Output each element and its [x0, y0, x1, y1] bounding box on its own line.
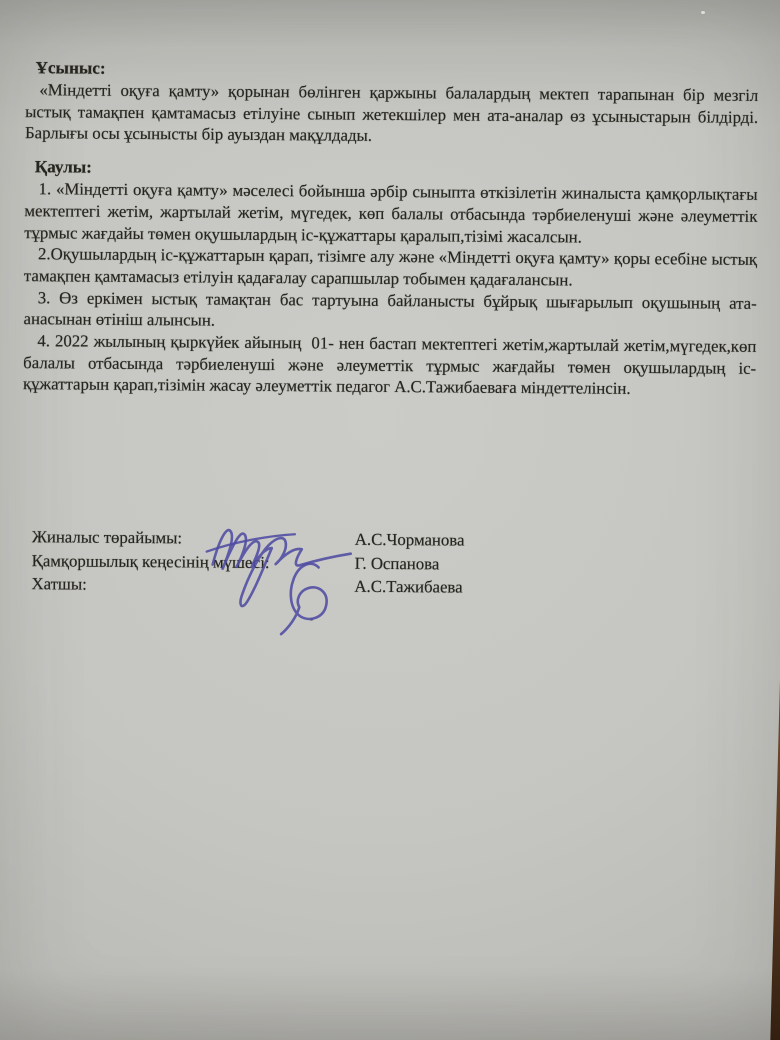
signature-name: А.С.Тажибаева	[354, 575, 731, 602]
proposal-paragraph: «Міндетті оқуға қамту» қорынан бөлінген …	[25, 79, 758, 150]
signature-row-secretary: Хатшы: А.С.Тажибаева	[31, 572, 731, 601]
signature-label: Жиналыс төрайымы:	[32, 525, 355, 551]
resolution-item-2: 2.Оқушылардың іс-құжаттарын қарап, тізім…	[24, 243, 757, 292]
resolution-item-4: 4. 2022 жылының қыркүйек айының 01- нен …	[23, 330, 756, 401]
signature-name: А.С.Чорманова	[355, 528, 732, 555]
signature-label: Хатшы:	[31, 572, 354, 598]
resolution-item-1: 1. «Міндетті оқуға қамту» мәселесі бойын…	[24, 178, 757, 249]
resolution-items: 1. «Міндетті оқуға қамту» мәселесі бойын…	[23, 178, 758, 401]
document-photo: Ұсыныс: «Міндетті оқуға қамту» қорынан б…	[0, 0, 780, 1040]
page-tilt-wrapper: Ұсыныс: «Міндетті оқуға қамту» қорынан б…	[0, 0, 780, 1040]
document-body: Ұсыныс: «Міндетті оқуға қамту» қорынан б…	[23, 57, 759, 401]
signature-block: Жиналыс төрайымы: А.С.Чорманова Қамқоршы…	[31, 525, 732, 601]
resolution-item-3: 3. Өз еркімен ыстық тамақтан бас тартуын…	[23, 287, 756, 336]
signature-name: Г. Оспанова	[355, 551, 732, 578]
signature-label: Қамқоршылық кеңесінің мүшесі:	[32, 549, 355, 575]
